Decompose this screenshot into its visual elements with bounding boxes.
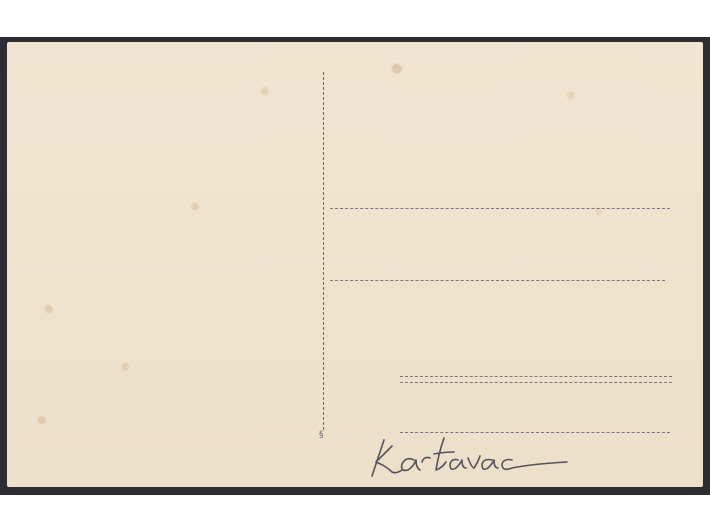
printer-mark: § [319, 430, 324, 440]
address-line-2 [330, 280, 665, 281]
address-line-4 [400, 382, 672, 383]
center-divider-line [323, 72, 324, 430]
address-line-3 [400, 376, 672, 377]
handwritten-karlovac: Karlovac [362, 432, 582, 482]
postcard-back: § Karlovac [7, 42, 703, 487]
address-line-1 [330, 208, 670, 209]
